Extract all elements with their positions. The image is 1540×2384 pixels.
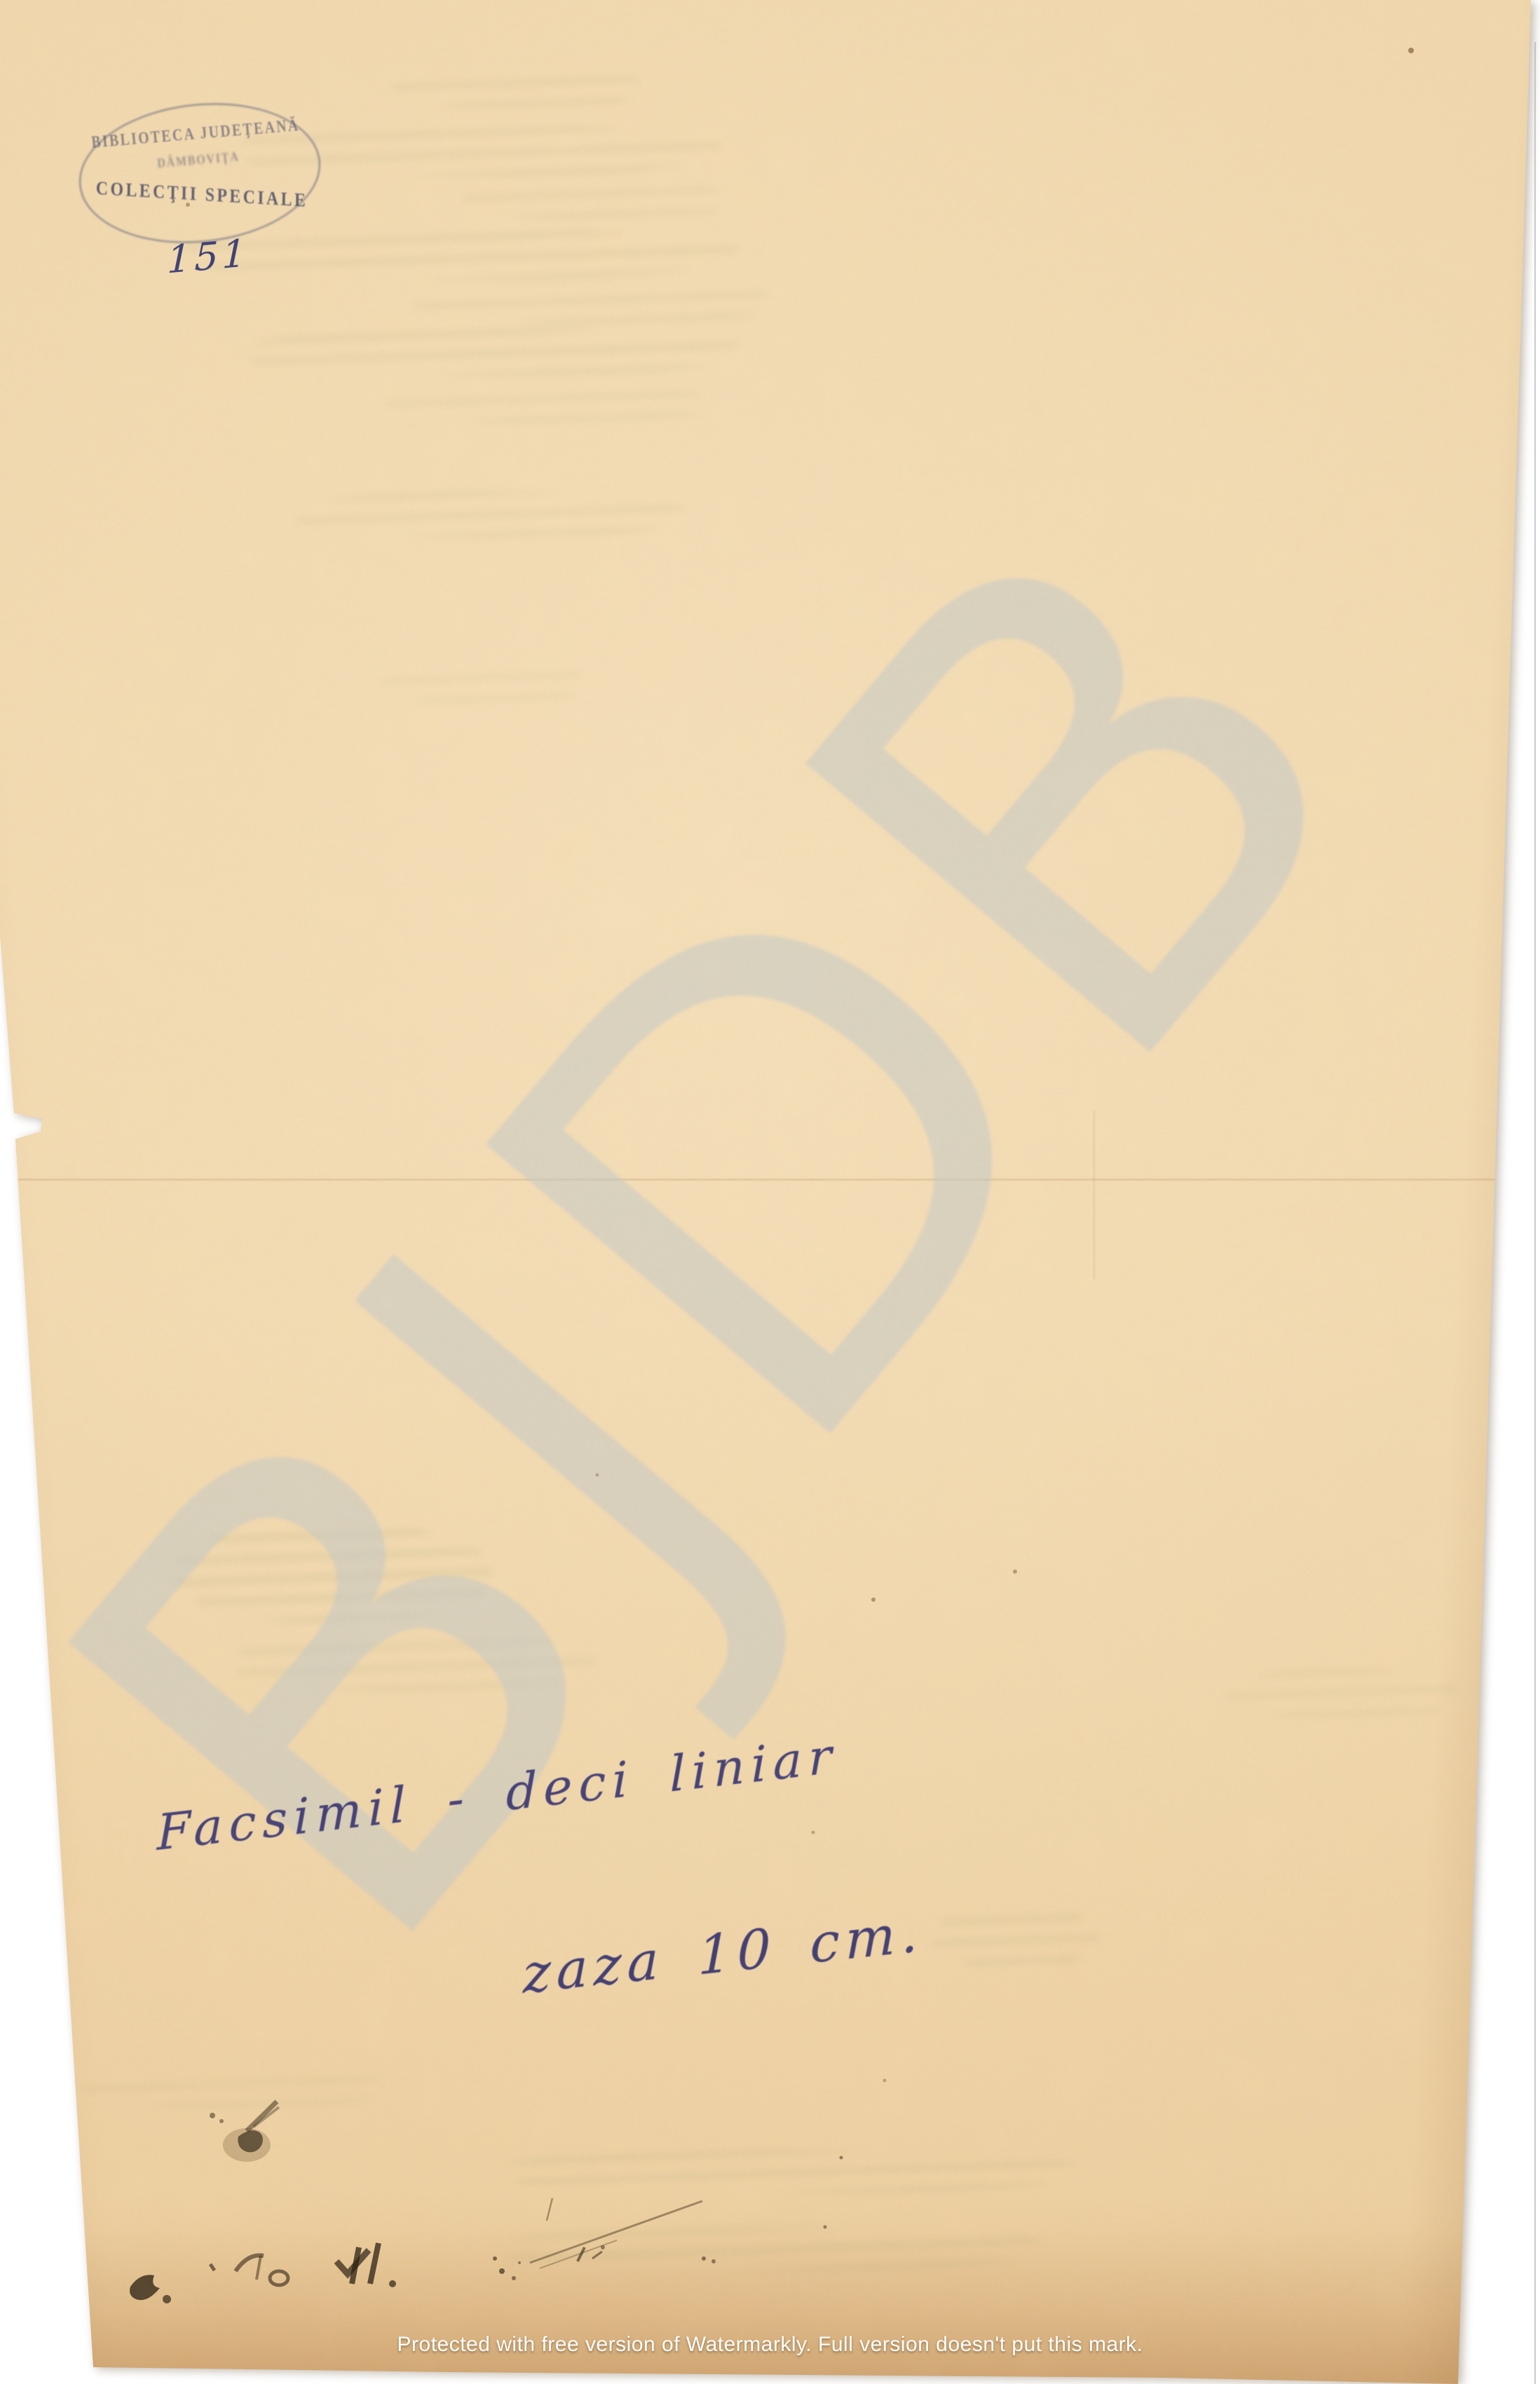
paper-sheet: BJDB BIBLIOTECA JUDEŢEANĂ DÂMBOVIŢA COLE… <box>0 0 1540 2384</box>
paper-shadow-wrap: BJDB BIBLIOTECA JUDEŢEANĂ DÂMBOVIŢA COLE… <box>0 0 1540 2384</box>
scanned-page: BJDB BIBLIOTECA JUDEŢEANĂ DÂMBOVIŢA COLE… <box>0 0 1540 2384</box>
paper-texture <box>0 0 1540 2384</box>
scanner-edge-line <box>1534 42 1536 2384</box>
watermarkly-footer-text: Protected with free version of Watermark… <box>0 2333 1540 2357</box>
